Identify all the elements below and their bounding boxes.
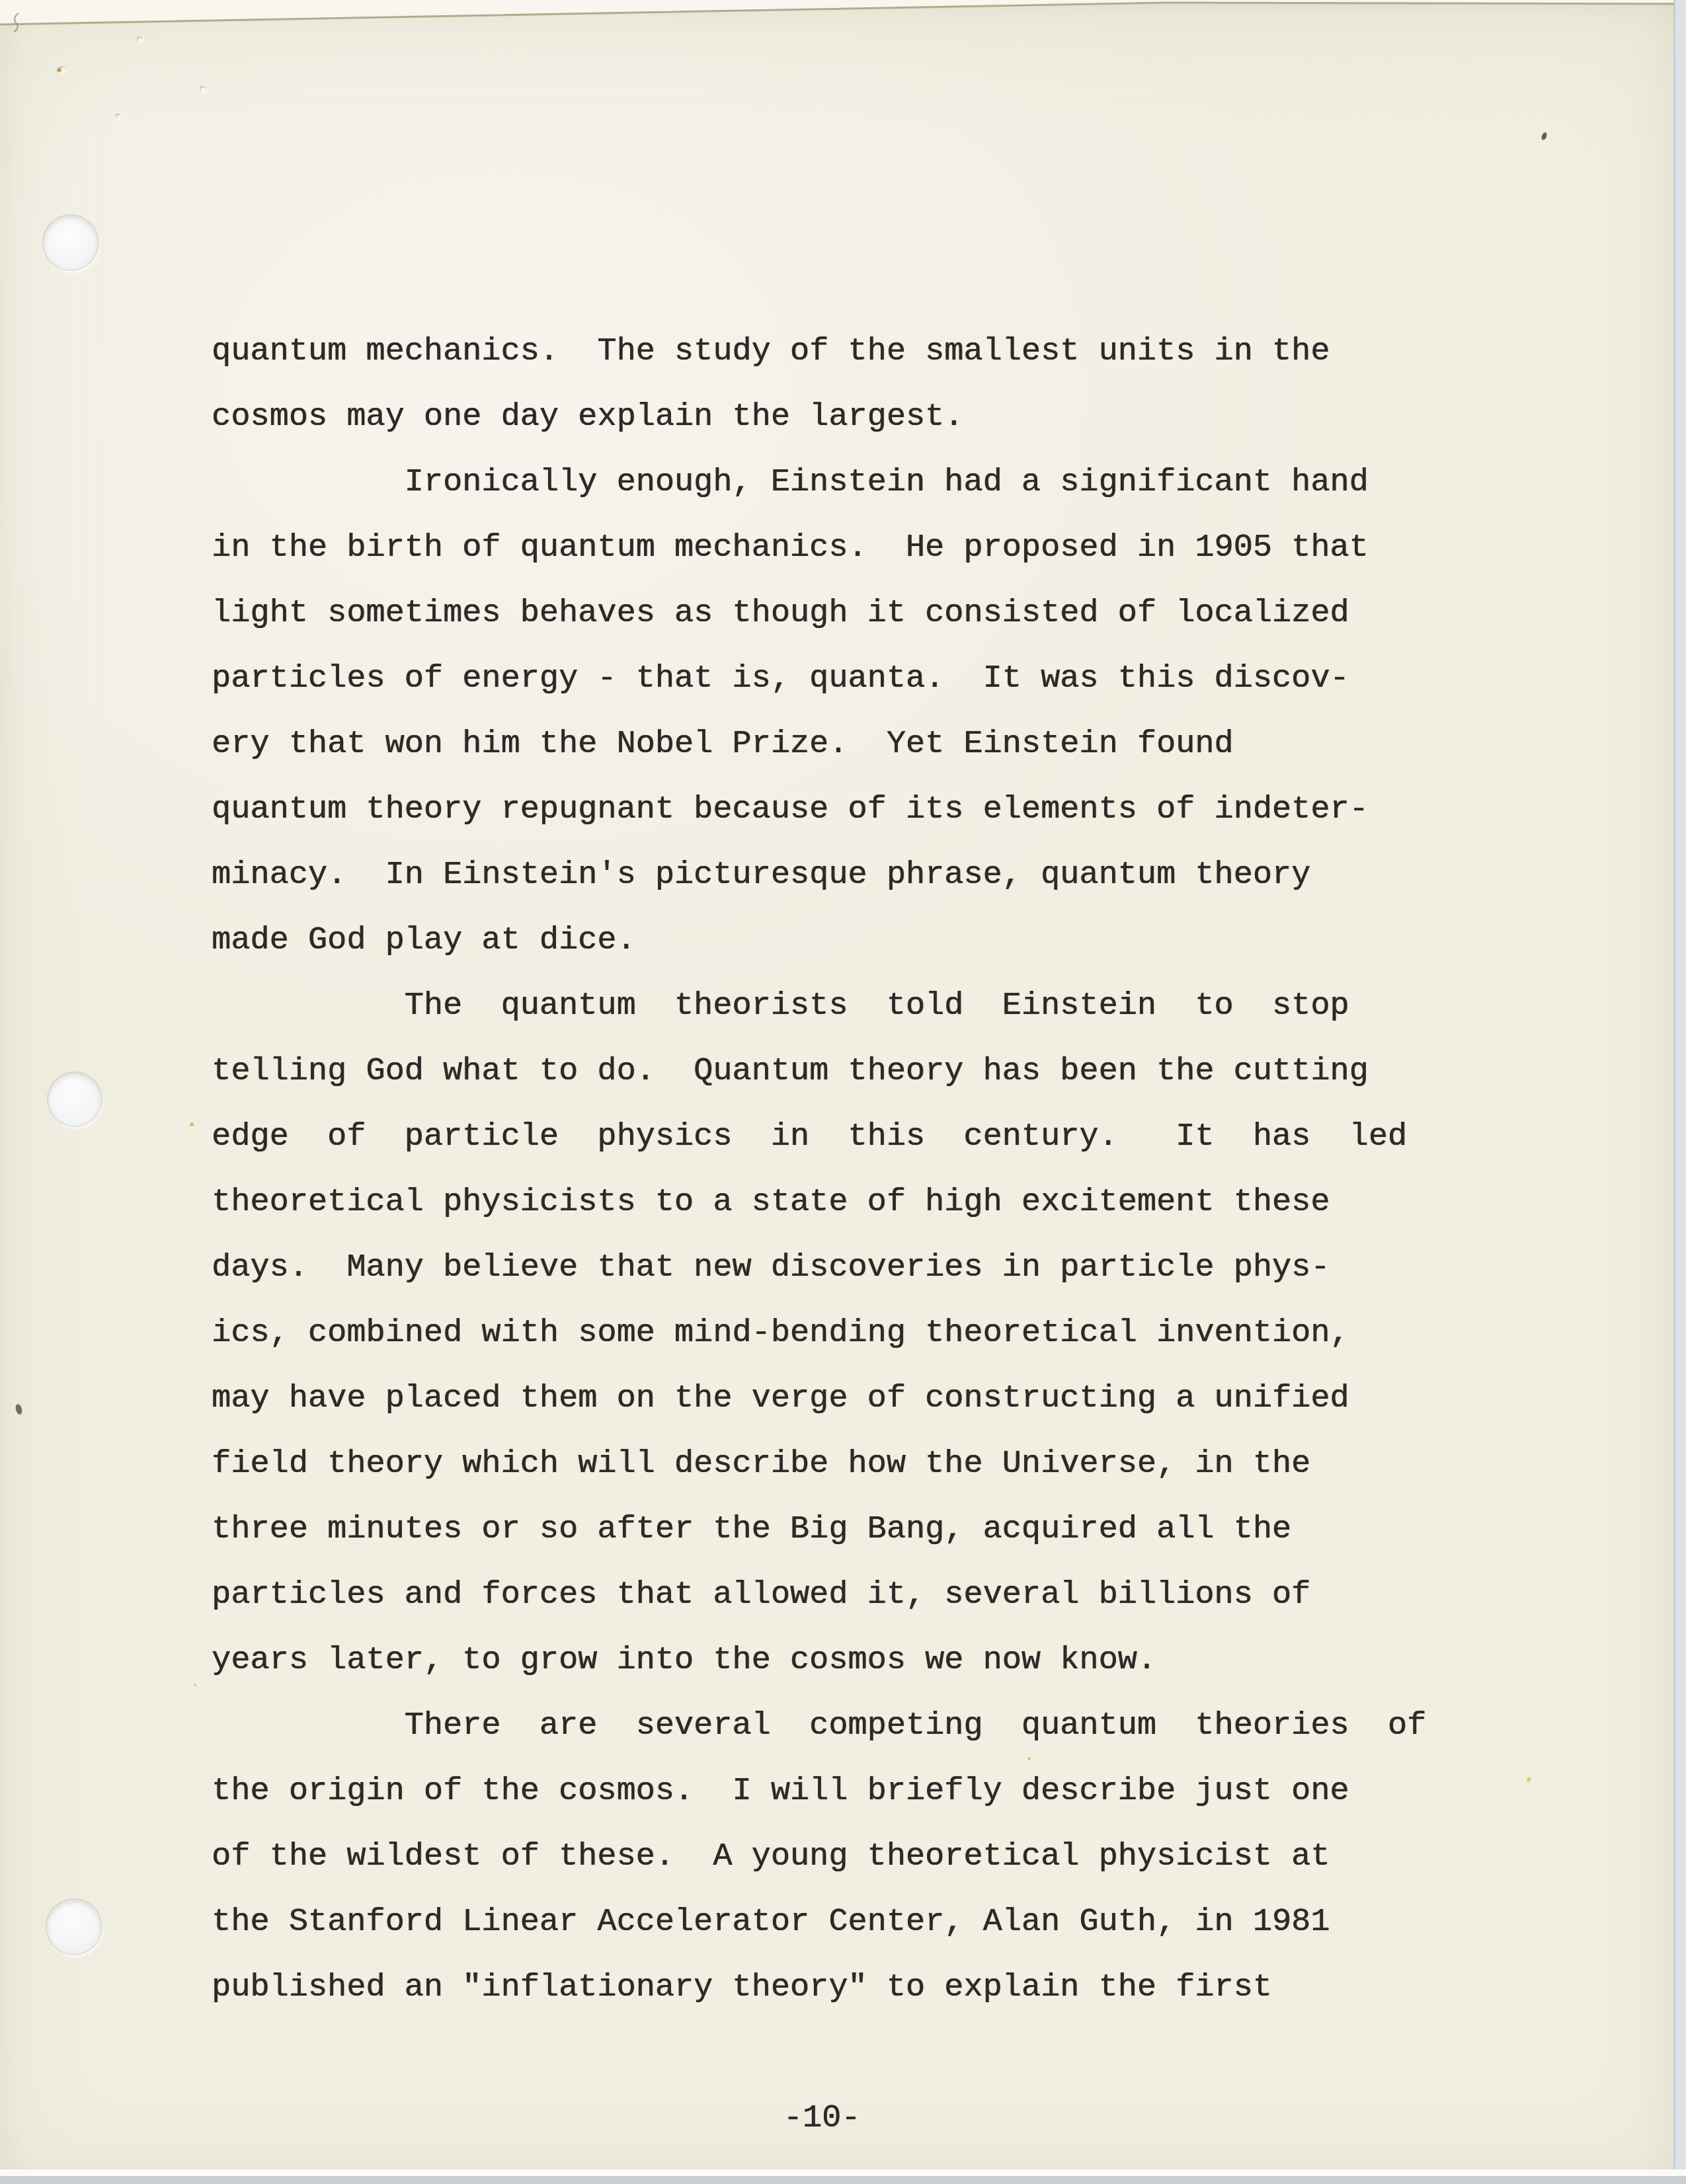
staple-hole (200, 86, 206, 92)
top-edge-wedge (0, 0, 1686, 24)
bottom-edge-highlight (0, 2169, 1686, 2176)
text-line: years later, to grow into the cosmos we … (212, 1627, 1426, 1693)
staple-hole (137, 36, 143, 42)
staple-hole (58, 66, 65, 73)
text-line: cosmos may one day explain the largest. (212, 384, 1426, 449)
text-line: edge of particle physics in this century… (212, 1104, 1426, 1169)
text-line: particles of energy - that is, quanta. I… (212, 646, 1426, 711)
scanned-typewritten-page: quantum mechanics. The study of the smal… (0, 0, 1686, 2184)
text-line: minacy. In Einstein's picturesque phrase… (212, 842, 1426, 908)
text-line: quantum mechanics. The study of the smal… (212, 319, 1426, 384)
speck (1526, 1776, 1531, 1782)
text-line: the origin of the cosmos. I will briefly… (212, 1758, 1426, 1824)
right-scanbed-strip (1675, 0, 1686, 2184)
text-line: the Stanford Linear Accelerator Center, … (212, 1889, 1426, 1955)
text-line: ery that won him the Nobel Prize. Yet Ei… (212, 711, 1426, 777)
pencil-mark (14, 13, 19, 32)
typed-text: quantum mechanics. The study of the smal… (212, 319, 1426, 2020)
hole-punch (47, 1900, 101, 1954)
text-line: may have placed them on the verge of con… (212, 1366, 1426, 1431)
text-line: light sometimes behaves as though it con… (212, 580, 1426, 646)
text-line: ics, combined with some mind-bending the… (212, 1300, 1426, 1366)
staple-hole (116, 114, 121, 119)
right-edge-line (1673, 0, 1675, 2184)
text-line: three minutes or so after the Big Bang, … (212, 1497, 1426, 1562)
text-line: in the birth of quantum mechanics. He pr… (212, 515, 1426, 580)
text-line: There are several competing quantum theo… (212, 1693, 1426, 1758)
text-line: telling God what to do. Quantum theory h… (212, 1038, 1426, 1104)
text-line: quantum theory repugnant because of its … (212, 777, 1426, 842)
top-edge-line (0, 3, 1686, 24)
bottom-scanbed-strip (0, 2176, 1686, 2184)
speck (190, 1122, 194, 1126)
text-line: of the wildest of these. A young theoret… (212, 1824, 1426, 1889)
text-line: theoretical physicists to a state of hig… (212, 1169, 1426, 1235)
hole-punch (44, 215, 98, 270)
text-line: published an "inflationary theory" to ex… (212, 1955, 1426, 2020)
hole-punch (48, 1073, 101, 1126)
text-line: field theory which will describe how the… (212, 1431, 1426, 1497)
speck (15, 1403, 23, 1415)
text-line: made God play at dice. (212, 908, 1426, 973)
text-line: Ironically enough, Einstein had a signif… (212, 449, 1426, 515)
speck (1541, 132, 1548, 141)
rust-fleck (57, 68, 61, 72)
speck (194, 1684, 196, 1686)
text-line: days. Many believe that new discoveries … (212, 1235, 1426, 1300)
page-number: -10- (783, 2086, 861, 2151)
text-line: The quantum theorists told Einstein to s… (212, 973, 1426, 1038)
text-line: particles and forces that allowed it, se… (212, 1562, 1426, 1627)
